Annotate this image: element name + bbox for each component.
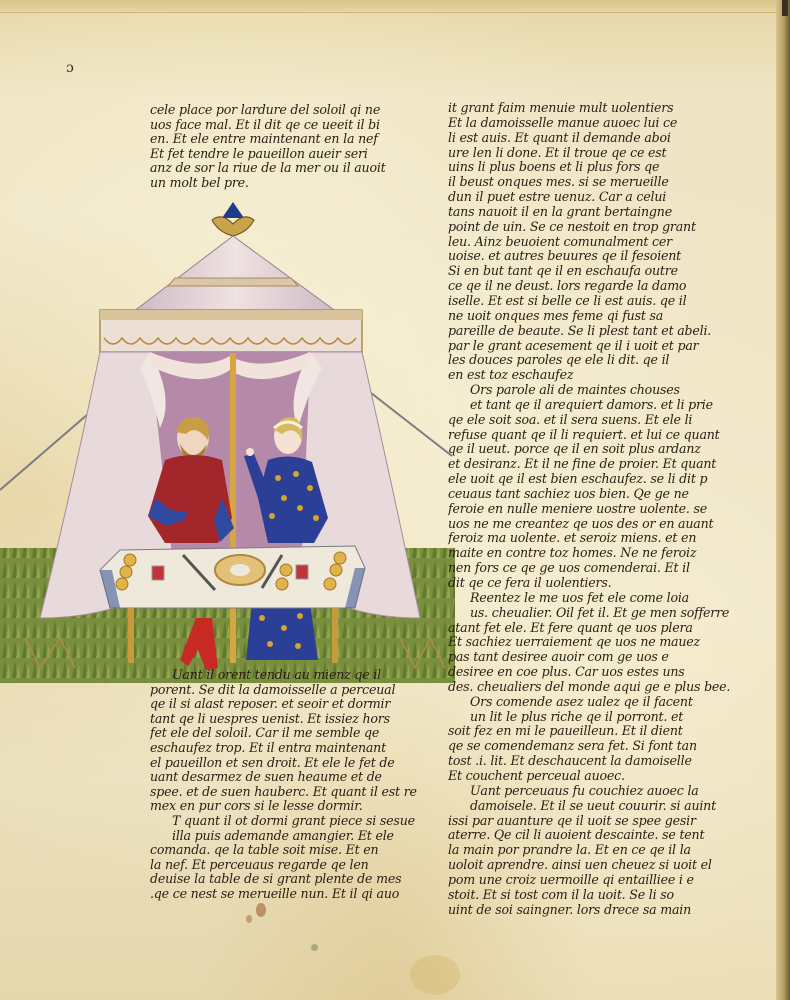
pavilion-scene — [0, 198, 455, 683]
text-line: ne uoit onques mes feme qi fust sa — [448, 309, 738, 324]
text-line: uos ne me creantez qe uos des or en auan… — [448, 517, 738, 532]
text-line: refuse quant qe il li requiert. et lui c… — [448, 428, 738, 443]
text-line: feroie en nulle meniere uostre uolente. … — [448, 502, 738, 517]
lady-gown-skirt — [246, 603, 318, 660]
text-line: Uant perceuaus fu couchiez auoec la — [448, 784, 738, 799]
text-column-left-top: cele place por lardure del soloil qi ne … — [150, 103, 430, 191]
text-line: uant desarmez de suen heaume et de — [150, 770, 430, 785]
miniature-illustration — [0, 198, 455, 683]
text-line: Et couchent perceual auoec. — [448, 769, 738, 784]
tent-finial-icon — [212, 202, 254, 236]
text-line: issi par auanture qe il uoit se spee ges… — [448, 814, 738, 829]
text-line: Et fet tendre le paueillon aueir seri — [150, 147, 430, 162]
text-line: Ors parole ali de maintes chouses — [448, 383, 738, 398]
text-line: pas tant desiree auoir com ge uos e — [448, 650, 738, 665]
text-line: Ors comende asez ualez qe il facent — [448, 695, 738, 710]
text-line: ele uoit qe il est bien eschaufez. se li… — [448, 472, 738, 487]
text-column-left-bottom: Uant il orent tendu au mienz qe il poren… — [150, 668, 430, 902]
text-line: en est toz eschaufez — [448, 368, 738, 383]
text-line: et desiranz. Et il ne fine de proier. Et… — [448, 457, 738, 472]
text-line: uoise. et autres beuures qe il fesoient — [448, 249, 738, 264]
margin-mark: ɔ — [66, 60, 74, 76]
text-line: tant qe li uespres uenist. Et issiez hor… — [150, 712, 430, 727]
text-line: il beust onques mes. si se merueille — [448, 175, 738, 190]
text-line: ure len li done. Et il troue qe ce est — [448, 146, 738, 161]
text-line: eschaufez trop. Et il entra maintenant — [150, 741, 430, 756]
text-line: ceuaus tant sachiez uos bien. Qe ge ne — [448, 487, 738, 502]
text-line: porent. Se dit la damoisselle a perceual — [150, 683, 430, 698]
text-line: des. cheualiers del monde aqui ge e plus… — [448, 680, 738, 695]
text-line: qe il ueut. porce qe il en soit plus ard… — [448, 442, 738, 457]
text-line: comanda. qe la table soit mise. Et en — [150, 843, 430, 858]
text-line: Uant il orent tendu au mienz qe il — [150, 668, 430, 683]
text-line: deuise la table de si grant plente de me… — [150, 872, 430, 887]
text-line: anz de sor la riue de la mer ou il auoit — [150, 161, 430, 176]
text-line: it grant faim menuie mult uolentiers — [448, 101, 738, 116]
text-line: atant fet ele. Et fere quant qe uos pler… — [448, 621, 738, 636]
text-line: nen fors ce qe ge uos comenderai. Et il — [448, 561, 738, 576]
page-top-edge — [0, 0, 790, 13]
wine-cup — [152, 566, 164, 580]
stain — [311, 944, 318, 951]
text-line: en. Et ele entre maintenant en la nef — [150, 132, 430, 147]
text-line: dit qe ce fera il uolentiers. — [448, 576, 738, 591]
text-line: soit fez en mi le paueilleun. Et il dien… — [448, 724, 738, 739]
text-line: iselle. Et est si belle ce li est auis. … — [448, 294, 738, 309]
text-line: qe se comendemanz sera fet. Si font tan — [448, 739, 738, 754]
text-line: Et la damoisselle manue auoec lui ce — [448, 116, 738, 131]
text-line: la nef. Et perceuaus regarde qe len — [150, 858, 430, 873]
text-line: mex en pur cors si le lesse dormir. — [150, 799, 430, 814]
text-line: feroiz ma uolente. et seroiz miens. et e… — [448, 531, 738, 546]
text-line: pareille de beaute. Se li plest tant et … — [448, 324, 738, 339]
text-line: us. cheualier. Oil fet il. Et ge men sof… — [448, 606, 738, 621]
text-line: illa puis ademande amangier. Et ele — [150, 829, 430, 844]
text-line: uins li plus boens et li plus fors qe — [448, 160, 738, 175]
text-line: point de uin. Se ce nestoit en trop gran… — [448, 220, 738, 235]
text-column-right: it grant faim menuie mult uolentiers Et … — [448, 101, 738, 917]
text-line: ce qe il ne deust. lors regarde la damo — [448, 279, 738, 294]
text-line: qe ele soit soa. et il sera suens. Et el… — [448, 413, 738, 428]
stain — [410, 955, 460, 995]
text-line: Si en but tant qe il en eschaufa outre — [448, 264, 738, 279]
text-line: fet ele del soloil. Car il me semble qe — [150, 726, 430, 741]
text-line: qe il si alast reposer. et seoir et dorm… — [150, 697, 430, 712]
text-line: un molt bel pre. — [150, 176, 430, 191]
text-line: tost .i. lit. Et deschaucent la damoisel… — [448, 754, 738, 769]
text-line: uos face mal. Et il dit qe ce ueeit il b… — [150, 118, 430, 133]
text-line: par le grant acesement qe il i uoit et p… — [448, 339, 738, 354]
text-line: uint de soi saingner. lors drece sa main — [448, 903, 738, 918]
text-line: el paueillon et sen droit. Et ele le fet… — [150, 756, 430, 771]
text-line: stoit. Et si tost com il la uoit. Se li … — [448, 888, 738, 903]
text-line: Reentez le me uos fet ele come loia — [448, 591, 738, 606]
tent-pole — [230, 353, 236, 663]
page-binding-edge — [776, 0, 790, 1000]
text-line: dun il puet estre uenuz. Car a celui — [448, 190, 738, 205]
text-line: Et sachiez uerraiement qe uos ne mauez — [448, 635, 738, 650]
text-line: pom une croiz uermoille qi entailliee i … — [448, 873, 738, 888]
text-line: damoisele. Et il se ueut couurir. si aui… — [448, 799, 738, 814]
text-line: li est auis. Et quant il demande aboi — [448, 131, 738, 146]
pavilion-roof — [125, 236, 345, 318]
text-line: maite en contre toz homes. Ne ne feroiz — [448, 546, 738, 561]
text-line: .qe ce nest se merueille nun. Et il qi a… — [150, 887, 430, 902]
text-line: T quant il ot dormi grant piece si sesue — [150, 814, 430, 829]
stain — [246, 915, 252, 923]
text-line: les douces paroles qe ele li dit. qe il — [448, 353, 738, 368]
text-line: cele place por lardure del soloil qi ne — [150, 103, 430, 118]
stain — [256, 903, 266, 917]
text-line: la main por prandre la. Et en ce qe il l… — [448, 843, 738, 858]
text-line: et tant qe il arequiert damors. et li pr… — [448, 398, 738, 413]
text-line: spee. et de suen hauberc. Et quant il es… — [150, 785, 430, 800]
text-line: desiree en coe plus. Car uos estes uns — [448, 665, 738, 680]
text-line: uoloit aprendre. ainsi uen cheuez si uoi… — [448, 858, 738, 873]
text-line: un lit le plus riche qe il porront. et — [448, 710, 738, 725]
text-line: leu. Ainz beuoient comunalment cer — [448, 235, 738, 250]
text-line: tans nauoit il en la grant bertaingne — [448, 205, 738, 220]
text-line: aterre. Qe cil li auoient descainte. se … — [448, 828, 738, 843]
wine-cup — [296, 565, 308, 579]
